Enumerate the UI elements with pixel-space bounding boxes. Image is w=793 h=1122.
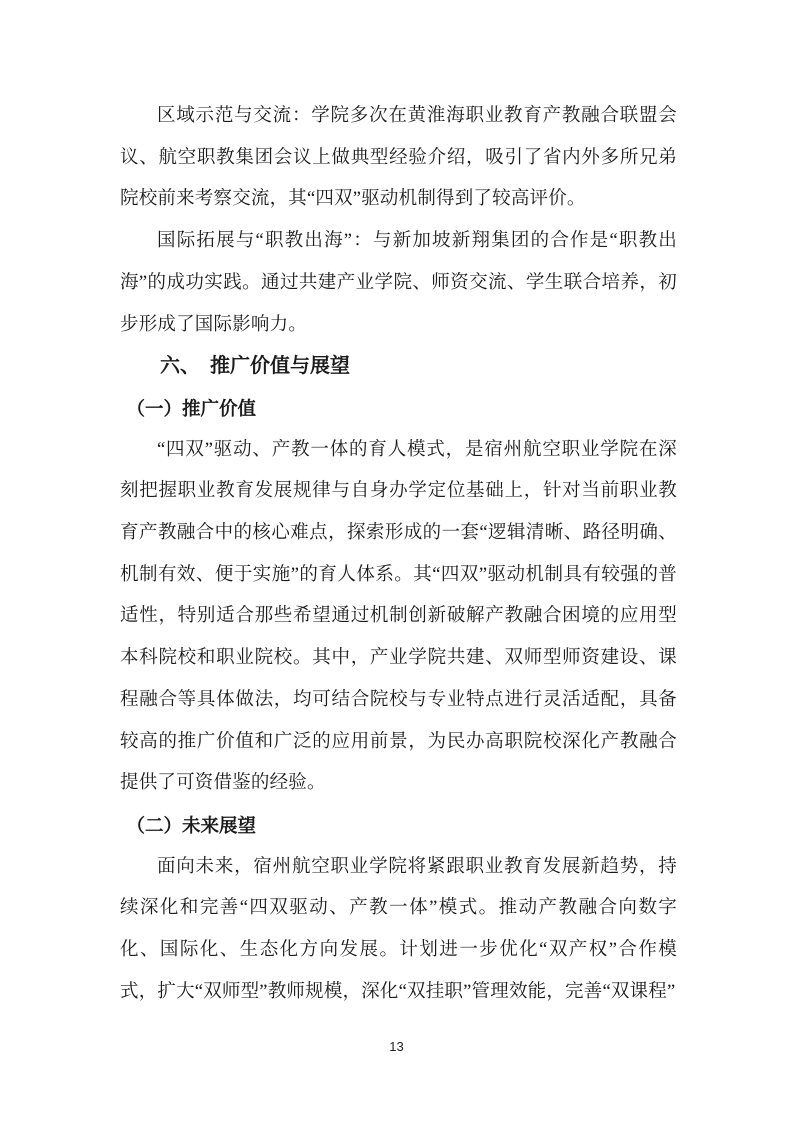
paragraph-future-outlook: 面向未来，宿州航空职业学院将紧跟职业教育发展新趋势，持续深化和完善“四双驱动、产… bbox=[120, 847, 677, 1014]
page-body: 区域示范与交流：学院多次在黄淮海职业教育产教融合联盟会议、航空职教集团会议上做典… bbox=[120, 96, 677, 1013]
section-heading-numbering: 六、 bbox=[160, 355, 200, 377]
section-heading-title: 推广价值与展望 bbox=[210, 355, 350, 377]
subsection-heading-future-outlook: （二）未来展望 bbox=[120, 805, 677, 847]
paragraph-regional-exchange: 区域示范与交流：学院多次在黄淮海职业教育产教融合联盟会议、航空职教集团会议上做典… bbox=[120, 96, 677, 221]
paragraph-international-expansion: 国际拓展与“职教出海”：与新加坡新翔集团的合作是“职教出海”的成功实践。通过共建… bbox=[120, 221, 677, 346]
section-heading-promotion-outlook: 六、推广价值与展望 bbox=[120, 346, 677, 388]
subsection-heading-promotion-value: （一）推广价值 bbox=[120, 388, 677, 430]
paragraph-promotion-value: “四双”驱动、产教一体的育人模式，是宿州航空职业学院在深刻把握职业教育发展规律与… bbox=[120, 430, 677, 805]
page-number: 13 bbox=[389, 1039, 403, 1054]
page-footer: 13 bbox=[0, 1038, 793, 1056]
document-page: 区域示范与交流：学院多次在黄淮海职业教育产教融合联盟会议、航空职教集团会议上做典… bbox=[0, 0, 793, 1122]
